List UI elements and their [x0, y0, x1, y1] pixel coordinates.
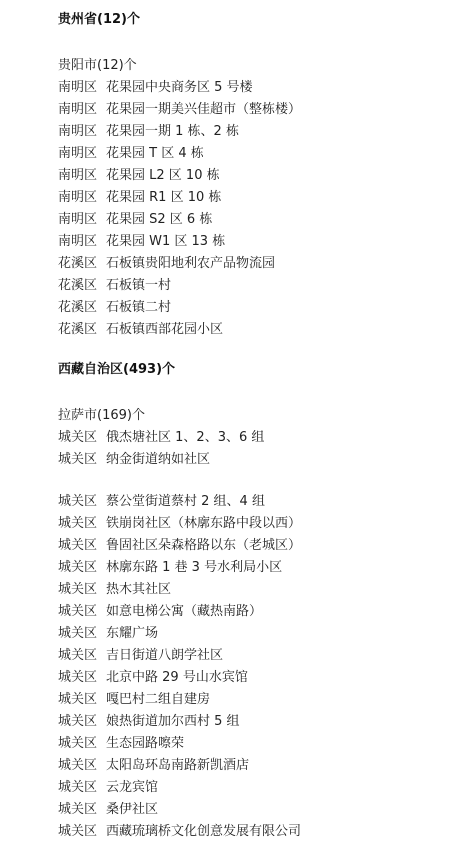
list-item: 南明区花果园中央商务区 5 号楼 — [58, 77, 466, 99]
district-label: 城关区 — [58, 623, 97, 645]
district-label: 南明区 — [58, 143, 97, 165]
district-label: 城关区 — [58, 449, 97, 471]
place-label: 花果园 T 区 4 栋 — [106, 146, 204, 161]
place-label: 太阳岛环岛南路新凯酒店 — [106, 758, 249, 773]
place-label: 蔡公堂街道蔡村 2 组、4 组 — [106, 494, 265, 509]
district-label: 城关区 — [58, 667, 97, 689]
list-item: 城关区纳金街道纳如社区 — [58, 449, 466, 471]
place-label: 热木其社区 — [106, 582, 171, 597]
place-label: 如意电梯公寓（藏热南路） — [106, 604, 262, 619]
place-label: 桑伊社区 — [106, 802, 158, 817]
district-label: 城关区 — [58, 513, 97, 535]
district-label: 南明区 — [58, 121, 97, 143]
list-item: 城关区蔡公堂街道蔡村 2 组、4 组 — [58, 491, 466, 513]
district-label: 花溪区 — [58, 275, 97, 297]
list-item: 城关区太阳岛环岛南路新凯酒店 — [58, 755, 466, 777]
province-section-guizhou: 贵州省(12)个 贵阳市(12)个 南明区花果园中央商务区 5 号楼 南明区花果… — [58, 9, 466, 341]
district-label: 城关区 — [58, 755, 97, 777]
document-page: 贵州省(12)个 贵阳市(12)个 南明区花果园中央商务区 5 号楼 南明区花果… — [0, 0, 466, 843]
province-section-tibet: 西藏自治区(493)个 拉萨市(169)个 城关区俄杰塘社区 1、2、3、6 组… — [58, 359, 466, 843]
list-item: 城关区鲁固社区朵森格路以东（老城区） — [58, 535, 466, 557]
city-heading: 拉萨市(169)个 — [58, 405, 466, 427]
place-label: 东耀广场 — [106, 626, 158, 641]
place-label: 石板镇贵阳地利农产品物流园 — [106, 256, 275, 271]
place-label: 花果园 L2 区 10 栋 — [106, 168, 220, 183]
district-label: 南明区 — [58, 77, 97, 99]
place-label: 吉日街道八朗学社区 — [106, 648, 223, 663]
place-label: 娘热街道加尔西村 5 组 — [106, 714, 240, 729]
district-label: 南明区 — [58, 165, 97, 187]
place-label: 花果园 R1 区 10 栋 — [106, 190, 221, 205]
list-item: 南明区花果园一期美兴佳超市（整栋楼） — [58, 99, 466, 121]
list-item: 城关区生态园路嚓荣 — [58, 733, 466, 755]
district-label: 花溪区 — [58, 319, 97, 341]
district-label: 城关区 — [58, 579, 97, 601]
district-label: 城关区 — [58, 799, 97, 821]
entry-list: 南明区花果园中央商务区 5 号楼 南明区花果园一期美兴佳超市（整栋楼） 南明区花… — [58, 77, 466, 341]
place-label: 纳金街道纳如社区 — [106, 452, 210, 467]
list-item: 城关区北京中路 29 号山水宾馆 — [58, 667, 466, 689]
spacer — [58, 381, 466, 405]
list-item: 花溪区石板镇贵阳地利农产品物流园 — [58, 253, 466, 275]
district-label: 城关区 — [58, 557, 97, 579]
list-item: 花溪区石板镇西部花园小区 — [58, 319, 466, 341]
place-label: 林廓东路 1 巷 3 号水利局小区 — [106, 560, 282, 575]
spacer — [58, 341, 466, 359]
district-label: 南明区 — [58, 99, 97, 121]
list-item: 城关区林廓东路 1 巷 3 号水利局小区 — [58, 557, 466, 579]
province-heading: 贵州省(12)个 — [58, 9, 466, 31]
list-item: 城关区吉日街道八朗学社区 — [58, 645, 466, 667]
list-item: 城关区桑伊社区 — [58, 799, 466, 821]
entry-list: 城关区俄杰塘社区 1、2、3、6 组 城关区纳金街道纳如社区 — [58, 427, 466, 471]
district-label: 城关区 — [58, 689, 97, 711]
place-label: 花果园 S2 区 6 栋 — [106, 212, 212, 227]
district-label: 花溪区 — [58, 253, 97, 275]
district-label: 城关区 — [58, 491, 97, 513]
place-label: 嘎巴村二组自建房 — [106, 692, 210, 707]
spacer — [58, 471, 466, 491]
list-item: 城关区如意电梯公寓（藏热南路） — [58, 601, 466, 623]
list-item: 城关区嘎巴村二组自建房 — [58, 689, 466, 711]
district-label: 花溪区 — [58, 297, 97, 319]
place-label: 花果园中央商务区 5 号楼 — [106, 80, 253, 95]
list-item: 南明区花果园 T 区 4 栋 — [58, 143, 466, 165]
district-label: 南明区 — [58, 187, 97, 209]
place-label: 鲁固社区朵森格路以东（老城区） — [106, 538, 301, 553]
place-label: 花果园一期 1 栋、2 栋 — [106, 124, 239, 139]
list-item: 城关区铁崩岗社区（林廓东路中段以西） — [58, 513, 466, 535]
district-label: 城关区 — [58, 777, 97, 799]
entry-list: 城关区蔡公堂街道蔡村 2 组、4 组 城关区铁崩岗社区（林廓东路中段以西） 城关… — [58, 491, 466, 843]
list-item: 城关区云龙宾馆 — [58, 777, 466, 799]
place-label: 石板镇二村 — [106, 300, 171, 315]
district-label: 南明区 — [58, 231, 97, 253]
city-heading: 贵阳市(12)个 — [58, 55, 466, 77]
list-item: 南明区花果园 W1 区 13 栋 — [58, 231, 466, 253]
place-label: 北京中路 29 号山水宾馆 — [106, 670, 248, 685]
list-item: 南明区花果园 R1 区 10 栋 — [58, 187, 466, 209]
list-item: 城关区娘热街道加尔西村 5 组 — [58, 711, 466, 733]
place-label: 生态园路嚓荣 — [106, 736, 184, 751]
spacer — [58, 31, 466, 55]
province-heading: 西藏自治区(493)个 — [58, 359, 466, 381]
list-item: 城关区热木其社区 — [58, 579, 466, 601]
place-label: 花果园一期美兴佳超市（整栋楼） — [106, 102, 301, 117]
district-label: 城关区 — [58, 711, 97, 733]
district-label: 城关区 — [58, 427, 97, 449]
list-item: 城关区东耀广场 — [58, 623, 466, 645]
list-item: 花溪区石板镇一村 — [58, 275, 466, 297]
district-label: 城关区 — [58, 645, 97, 667]
place-label: 石板镇西部花园小区 — [106, 322, 223, 337]
list-item: 城关区西藏琉璃桥文化创意发展有限公司 — [58, 821, 466, 843]
district-label: 南明区 — [58, 209, 97, 231]
list-item: 南明区花果园 L2 区 10 栋 — [58, 165, 466, 187]
place-label: 石板镇一村 — [106, 278, 171, 293]
place-label: 云龙宾馆 — [106, 780, 158, 795]
place-label: 花果园 W1 区 13 栋 — [106, 234, 225, 249]
list-item: 南明区花果园 S2 区 6 栋 — [58, 209, 466, 231]
place-label: 西藏琉璃桥文化创意发展有限公司 — [106, 824, 301, 839]
district-label: 城关区 — [58, 733, 97, 755]
place-label: 铁崩岗社区（林廓东路中段以西） — [106, 516, 301, 531]
list-item: 南明区花果园一期 1 栋、2 栋 — [58, 121, 466, 143]
district-label: 城关区 — [58, 535, 97, 557]
place-label: 俄杰塘社区 1、2、3、6 组 — [106, 430, 264, 445]
list-item: 花溪区石板镇二村 — [58, 297, 466, 319]
list-item: 城关区俄杰塘社区 1、2、3、6 组 — [58, 427, 466, 449]
district-label: 城关区 — [58, 601, 97, 623]
district-label: 城关区 — [58, 821, 97, 843]
